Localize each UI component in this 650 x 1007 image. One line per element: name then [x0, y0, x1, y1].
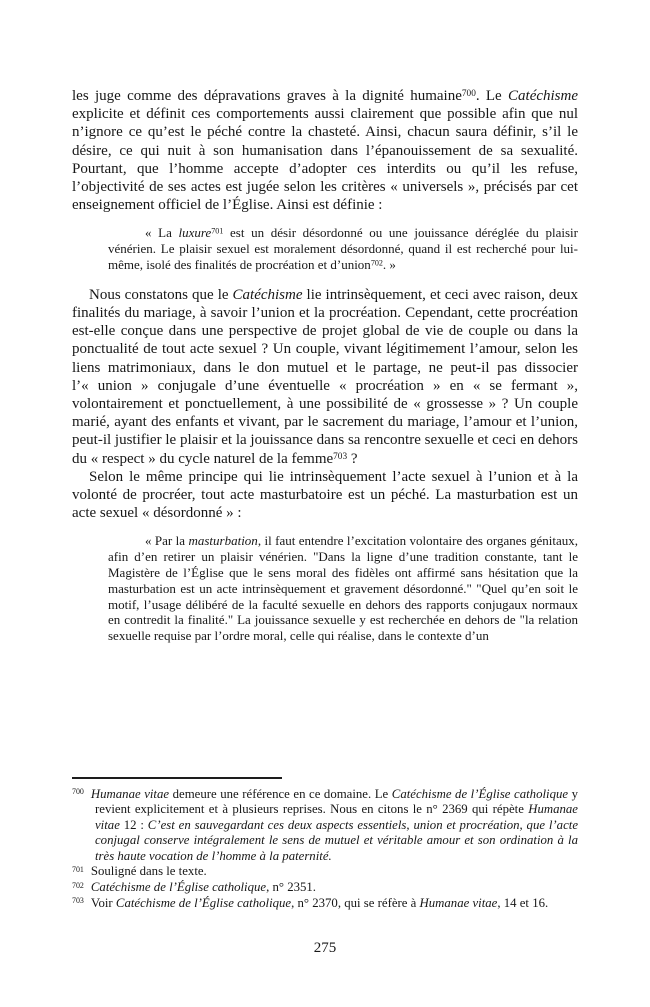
footnote-number-700: 700 [72, 787, 84, 796]
document-page: les juge comme des dépravations graves à… [0, 0, 650, 1007]
footnote-text-700: Humanae vitae demeure une référence en c… [91, 787, 578, 863]
footnote-text-701: Souligné dans le texte. [91, 864, 207, 878]
blockquote-masturbation: « Par la masturbation, il faut entendre … [108, 533, 578, 644]
footnote-separator [72, 777, 282, 779]
footnote-703: 703Voir Catéchisme de l’Église catholiqu… [72, 896, 578, 912]
body-paragraph-1: les juge comme des dépravations graves à… [72, 87, 578, 214]
footnote-text-702: Catéchisme de l’Église catholique, n° 23… [91, 880, 316, 894]
footnote-700: 700Humanae vitae demeure une référence e… [72, 787, 578, 865]
blockquote-luxure: « La luxure701 est un désir désordonné o… [108, 225, 578, 272]
footnotes-section: 700Humanae vitae demeure une référence e… [72, 777, 578, 911]
page-number: 275 [72, 940, 578, 957]
footnote-number-703: 703 [72, 896, 84, 905]
body-paragraph-2: Nous constatons que le Catéchisme lie in… [72, 286, 578, 468]
footnote-number-701: 701 [72, 865, 84, 874]
footnote-number-702: 702 [72, 881, 84, 890]
footnote-701: 701Souligné dans le texte. [72, 864, 578, 880]
body-paragraph-3: Selon le même principe qui lie intrinsèq… [72, 468, 578, 523]
footnote-text-703: Voir Catéchisme de l’Église catholique, … [91, 896, 548, 910]
page-body: les juge comme des dépravations graves à… [72, 87, 578, 644]
footnote-702: 702Catéchisme de l’Église catholique, n°… [72, 880, 578, 896]
